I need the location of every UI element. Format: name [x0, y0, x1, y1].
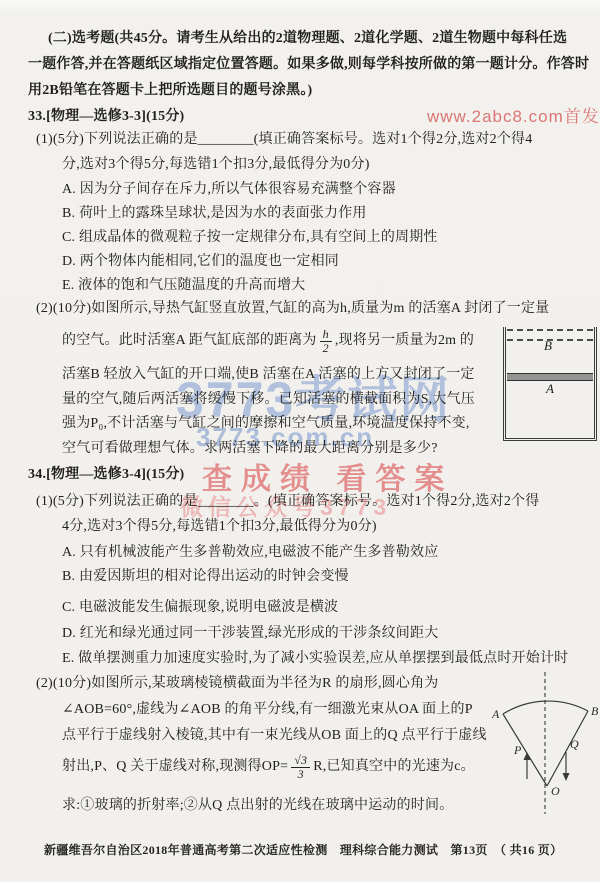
- label-O: O: [551, 784, 560, 798]
- label-P: P: [513, 743, 522, 757]
- label-Q: Q: [570, 737, 579, 751]
- q33-part2-line2-post: ,现将另一质量为2m 的: [335, 332, 474, 350]
- q34-option-a: A. 只有机械波能产生多普勒效应,电磁波不能产生多普勒效应: [62, 544, 438, 562]
- q34-part2-line4: 射出,P、Q 关于虚线对称,现测得OP= √33 R,已知真空中的光速为c。: [62, 752, 475, 782]
- q33-option-c: C. 组成晶体的微观粒子按一定规律分布,具有空间上的周期性: [62, 229, 438, 247]
- q34-part2-line2: ∠AOB=60°,虚线为∠AOB 的角平分线,有一细激光束从OA 面上的P: [62, 701, 473, 719]
- piston-a-label: A: [546, 381, 554, 397]
- fraction-numerator: √3: [291, 754, 310, 768]
- q34-heading: 34.[物理—选修3-4](15分): [28, 466, 184, 484]
- q34-option-c: C. 电磁波能发生偏振现象,说明电磁波是横波: [62, 599, 338, 617]
- q33-part1-line1: (1)(5分)下列说法正确的是________(填正确答案标号。选对1个得2分,…: [36, 131, 532, 149]
- q33-part2-line4: 量的空气,随后两活塞将缓慢下移。已知活塞的横截面积为S,大气压: [62, 391, 475, 409]
- prism-sector-figure: A B O P Q: [492, 664, 600, 824]
- q33-heading: 33.[物理—选修3-3](15分): [28, 108, 184, 126]
- q34-part1-line1-pre: (1)(5分)下列说法正确的是: [36, 494, 198, 509]
- q34-answer-blank: ________: [198, 494, 254, 509]
- q33-option-b: B. 荷叶上的露珠呈球状,是因为水的表面张力作用: [62, 205, 367, 223]
- fraction-h-over-2: h2: [320, 328, 332, 354]
- q34-part2-line4-pre: 射出,P、Q 关于虚线对称,现测得OP=: [62, 758, 288, 776]
- q33-option-d: D. 两个物体内能相同,它们的温度也一定相同: [62, 253, 339, 271]
- q33-option-a: A. 因为分子间存在斥力,所以气体很容易充满整个容器: [62, 181, 396, 199]
- q34-option-b: B. 由爱因斯坦的相对论得出运动的时钟会变慢: [62, 568, 349, 586]
- q34-part2-line1: (2)(10分)如图所示,某玻璃棱镜横截面为半径为R 的扇形,圆心角为: [36, 675, 439, 693]
- fraction-denominator: 3: [295, 768, 307, 781]
- q33-part2-line2-pre: 的空气。此时活塞A 距气缸底部的距离为: [62, 332, 317, 350]
- label-B: B: [591, 704, 599, 718]
- incident-ray-arrowhead: [524, 752, 531, 760]
- intro-line-1: (二)选考题(共45分。请考生从给出的2道物理题、2道化学题、2道生物题中每科任…: [48, 30, 567, 48]
- cylinder-pistons-figure: B A: [503, 327, 597, 441]
- q33-option-e: E. 液体的饱和气压随温度的升高而增大: [62, 277, 305, 295]
- q34-part1-line1: (1)(5分)下列说法正确的是________。(填正确答案标号。选对1个得2分…: [36, 493, 539, 511]
- edge-OA: [503, 714, 547, 786]
- watermark-2abc8: www.2abc8.com首发: [427, 102, 600, 127]
- q33-part1-line2: 分,选对3个得5分,每选错1个扣3分,最低得分为0分): [62, 156, 370, 174]
- q33-part1-line1-pre: (1)(5分)下列说法正确的是: [36, 132, 198, 147]
- q33-part1-line1-post: (填正确答案标号。选对1个得2分,选对2个得4: [254, 132, 533, 147]
- q34-part2-line5: 求:①玻璃的折射率;②从Q 点出射的光线在玻璃中运动的时间。: [62, 797, 453, 815]
- fraction-sqrt3-over-3: √33: [291, 754, 310, 780]
- fraction-numerator: h: [320, 328, 332, 342]
- q34-part1-line1-post: 。(填正确答案标号。选对1个得2分,选对2个得: [254, 494, 540, 509]
- scanned-exam-page: www.2abc8.com首发 3773考试网 3773.com.cn 查成绩 …: [0, 0, 600, 882]
- q33-part2-line1: (2)(10分)如图所示,导热气缸竖直放置,气缸的高为h,质量为m 的活塞A 封…: [36, 300, 549, 318]
- q33-part2-line3: 活塞B 轻放入气缸的开口端,使B 活塞在A 活塞的上方又封闭了一定: [62, 366, 475, 384]
- q33-part2-line2: 的空气。此时活塞A 距气缸底部的距离为 h2 ,现将另一质量为2m 的: [62, 326, 474, 356]
- intro-line-3: 用2B铅笔在答题卡上把所选题目的题号涂黑。): [28, 82, 312, 100]
- label-A: A: [492, 707, 500, 721]
- q34-part1-line2: 4分,选对3个得5分,每选错1个扣3分,最低得分为0分): [62, 518, 377, 536]
- q34-part2-line3: 点平行于虚线射入棱镜,其中有一束光线从OB 面上的Q 点平行于虚线: [62, 727, 487, 745]
- intro-line-2: 一题作答,并在答题纸区域指定位置答题。如果多做,则每学科按所做的第一题计分。作答…: [28, 56, 589, 74]
- fraction-denominator: 2: [320, 342, 332, 355]
- exit-ray-arrowhead: [563, 773, 570, 781]
- q34-option-d: D. 红光和绿光通过同一干涉装置,绿光形成的干涉条纹间距大: [62, 625, 438, 643]
- page-footer: 新疆维吾尔自治区2018年普通高考第二次适应性检测 理科综合能力测试 第13页 …: [44, 843, 562, 858]
- q33-part2-line6: 空气可看做理想气体。求两活塞下降的最大距离分别是多少?: [62, 440, 438, 458]
- q33-answer-blank: ________: [198, 132, 254, 147]
- q33-part2-line5: 强为P₀,不计活塞与气缸之间的摩擦和空气质量,环境温度保持不变,: [62, 415, 470, 433]
- piston-b-label: B: [544, 338, 552, 354]
- q34-part2-line4-post: R,已知真空中的光速为c。: [313, 758, 475, 776]
- piston-a-bar: [507, 373, 593, 381]
